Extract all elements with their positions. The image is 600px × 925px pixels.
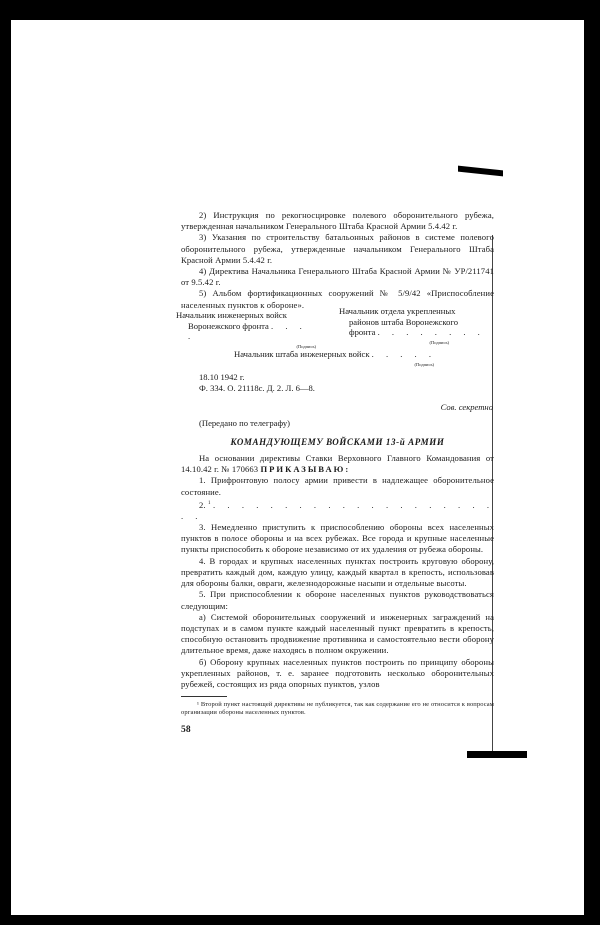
transmission-note: (Передано по телеграфу) <box>199 418 290 429</box>
signature-title: фронта <box>349 327 375 337</box>
signature-title: Начальник отдела укрепленных <box>339 306 489 317</box>
archive-reference: Ф. 334. О. 21118с. Д. 2. Л. 6—8. <box>199 383 315 394</box>
order-item: 5. При приспособлении к обороне населенн… <box>181 589 494 611</box>
order-word: ПРИКАЗЫВАЮ: <box>260 464 350 474</box>
footnote-mark: 1 <box>208 501 211 506</box>
preamble: На основании директивы Ставки Верховного… <box>181 453 494 475</box>
classification: Сов. секретно <box>411 402 493 413</box>
signature-caption: (Подпись) <box>339 338 489 349</box>
order-item: 4. В городах и крупных населенных пункта… <box>181 556 494 590</box>
signature-dots: . . . . . <box>372 349 436 359</box>
signature-caption: (Подпись) <box>234 360 454 371</box>
signature-title: Воронежского фронта <box>188 321 269 331</box>
omitted-dots: . . . . . . . . . . . . . . . . . . . . … <box>181 500 494 521</box>
signature-title: районов штаба Воронежского <box>339 317 489 328</box>
order-subitem: б) Оборону крупных населенных пунктов по… <box>181 657 494 691</box>
reference-item: 3) Указания по строительству батальонных… <box>181 232 494 266</box>
order-item: 3. Немедленно приступить к приспособлени… <box>181 522 494 556</box>
reference-list: 2) Инструкция по рекогносцировке полевог… <box>181 210 494 311</box>
footnote: ¹ Второй пункт настоящей директивы не пу… <box>181 701 494 717</box>
page-number: 58 <box>181 725 494 736</box>
signature-left: Начальник инженерных войск Воронежского … <box>176 310 316 352</box>
item-label: 2. <box>199 500 206 510</box>
reference-item: 4) Директива Начальника Генерального Шта… <box>181 266 494 288</box>
order-subitem: а) Системой оборонительных сооружений и … <box>181 612 494 657</box>
signature-title: Начальник штаба инженерных войск <box>234 349 370 359</box>
scan-artifact-right-edge <box>584 140 598 810</box>
signature-right: Начальник отдела укрепленных районов шта… <box>339 306 489 348</box>
date-block: 18.10 1942 г. Ф. 334. О. 21118с. Д. 2. Л… <box>199 372 315 393</box>
order-item: 1. Прифронтовую полосу армии привести в … <box>181 475 494 497</box>
scan-artifact-top-mark <box>458 166 503 177</box>
order-body: На основании директивы Ставки Верховного… <box>181 453 494 736</box>
footnote-rule <box>181 696 227 697</box>
addressee-heading: КОМАНДУЮЩЕМУ ВОЙСКАМИ 13-й АРМИИ <box>181 437 494 448</box>
signature-dots: . . . . . . . . <box>378 327 485 337</box>
order-item-2: 2. 1 . . . . . . . . . . . . . . . . . .… <box>181 498 494 522</box>
signature-title: Начальник инженерных войск <box>176 310 316 321</box>
reference-item: 2) Инструкция по рекогносцировке полевог… <box>181 210 494 232</box>
scan-artifact-bottom-mark <box>467 751 527 758</box>
signature-center: Начальник штаба инженерных войск . . . .… <box>234 349 454 370</box>
document-date: 18.10 1942 г. <box>199 372 315 383</box>
document-page: 2) Инструкция по рекогносцировке полевог… <box>11 20 584 915</box>
